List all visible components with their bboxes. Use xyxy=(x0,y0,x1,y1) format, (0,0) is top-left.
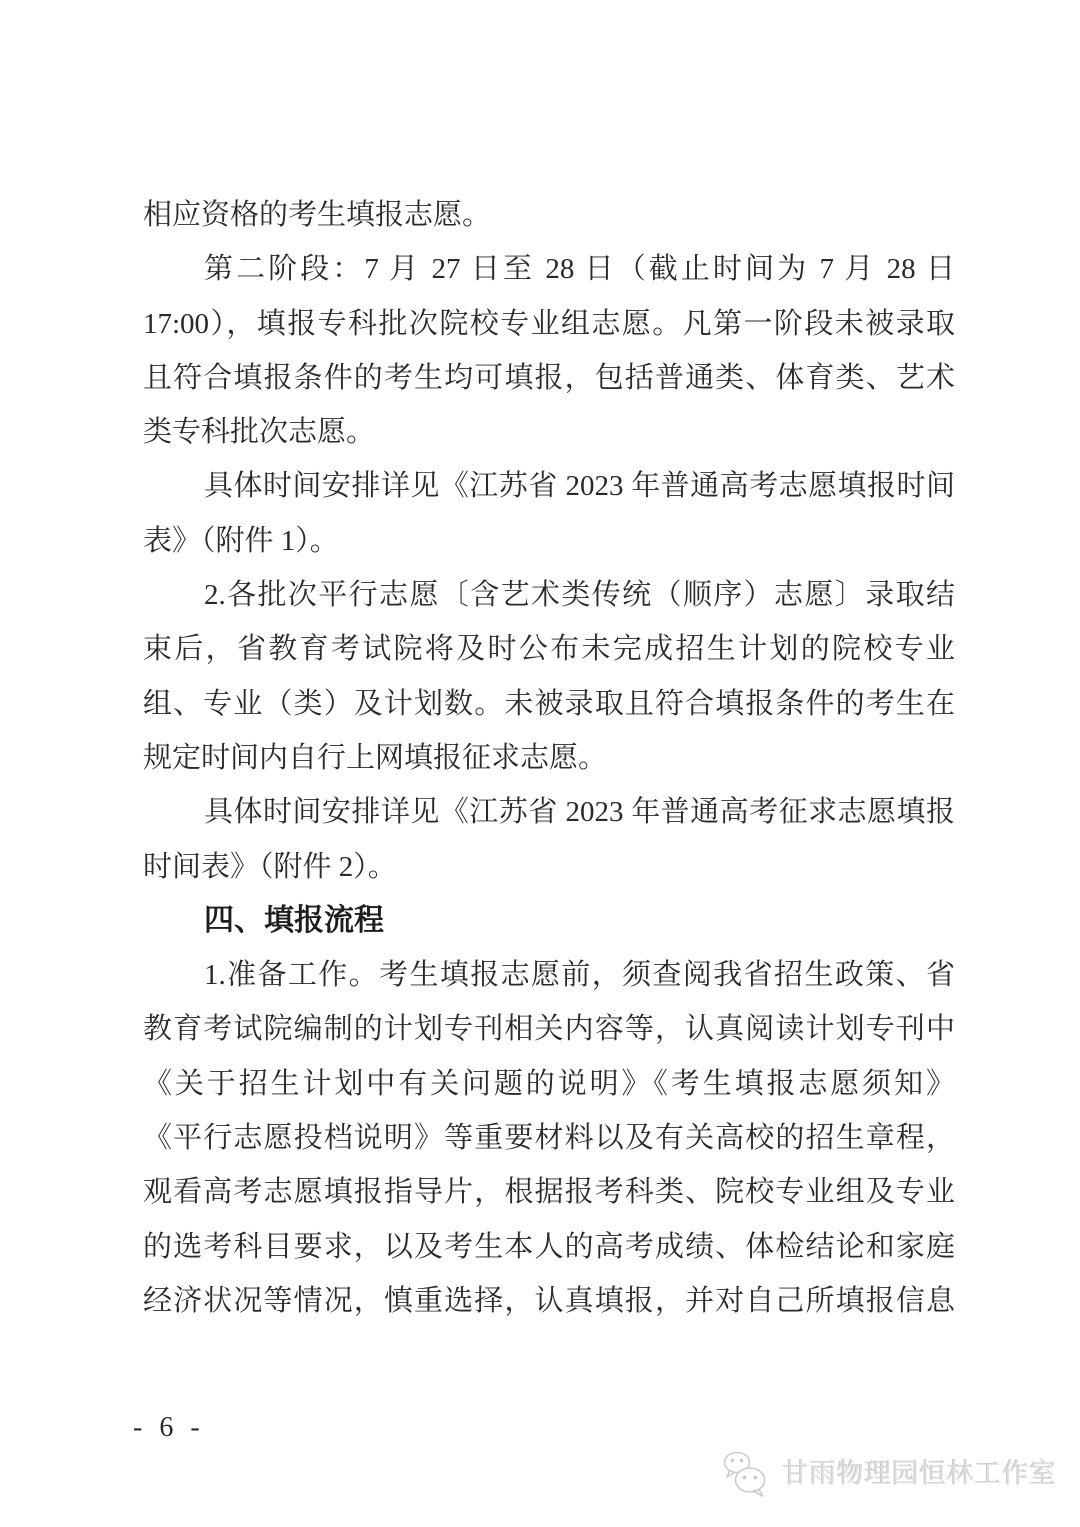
body-line: 具体时间安排详见《江苏省 2023 年普通高考征求志愿填报 xyxy=(143,785,955,839)
page-number: - 6 - xyxy=(133,1408,205,1448)
body-line: 相应资格的考生填报志愿。 xyxy=(143,188,955,242)
wechat-icon xyxy=(720,1450,772,1498)
section-heading: 四、填报流程 xyxy=(143,894,955,948)
body-line: 观看高考志愿填报指导片，根据报考科类、院校专业组及专业 xyxy=(143,1165,955,1219)
body-line: 1.准备工作。考生填报志愿前，须查阅我省招生政策、省 xyxy=(143,948,955,1002)
body-line: 束后，省教育考试院将及时公布未完成招生计划的院校专业 xyxy=(143,622,955,676)
body-line: 规定时间内自行上网填报征求志愿。 xyxy=(143,731,955,785)
body-line: 教育考试院编制的计划专刊相关内容等，认真阅读计划专刊中 xyxy=(143,1002,955,1056)
document-page: 相应资格的考生填报志愿。 第二阶段：7 月 27 日至 28 日（截止时间为 7… xyxy=(0,0,1080,1527)
watermark-label: 甘雨物理园恒林工作室 xyxy=(782,1450,1057,1498)
body-line: 类专科批次志愿。 xyxy=(143,405,955,459)
body-line: 组、专业（类）及计划数。未被录取且符合填报条件的考生在 xyxy=(143,677,955,731)
body-line: 且符合填报条件的考生均可填报，包括普通类、体育类、艺术 xyxy=(143,351,955,405)
watermark: 甘雨物理园恒林工作室 xyxy=(720,1450,1057,1498)
document-body: 相应资格的考生填报志愿。 第二阶段：7 月 27 日至 28 日（截止时间为 7… xyxy=(143,188,955,1328)
body-line: 经济状况等情况，慎重选择，认真填报，并对自己所填报信息 xyxy=(143,1274,955,1328)
body-line: 具体时间安排详见《江苏省 2023 年普通高考志愿填报时间 xyxy=(143,459,955,513)
body-line: 2.各批次平行志愿〔含艺术类传统（顺序）志愿〕录取结 xyxy=(143,568,955,622)
body-line: 第二阶段：7 月 27 日至 28 日（截止时间为 7 月 28 日 xyxy=(143,242,955,296)
body-line: 17:00），填报专科批次院校专业组志愿。凡第一阶段未被录取 xyxy=(143,297,955,351)
body-line: 的选考科目要求，以及考生本人的高考成绩、体检结论和家庭 xyxy=(143,1220,955,1274)
body-line: 《关于招生计划中有关问题的说明》《考生填报志愿须知》 xyxy=(143,1057,955,1111)
body-line: 《平行志愿投档说明》等重要材料以及有关高校的招生章程， xyxy=(143,1111,955,1165)
body-line: 表》（附件 1）。 xyxy=(143,514,955,568)
body-line: 时间表》（附件 2）。 xyxy=(143,840,955,894)
